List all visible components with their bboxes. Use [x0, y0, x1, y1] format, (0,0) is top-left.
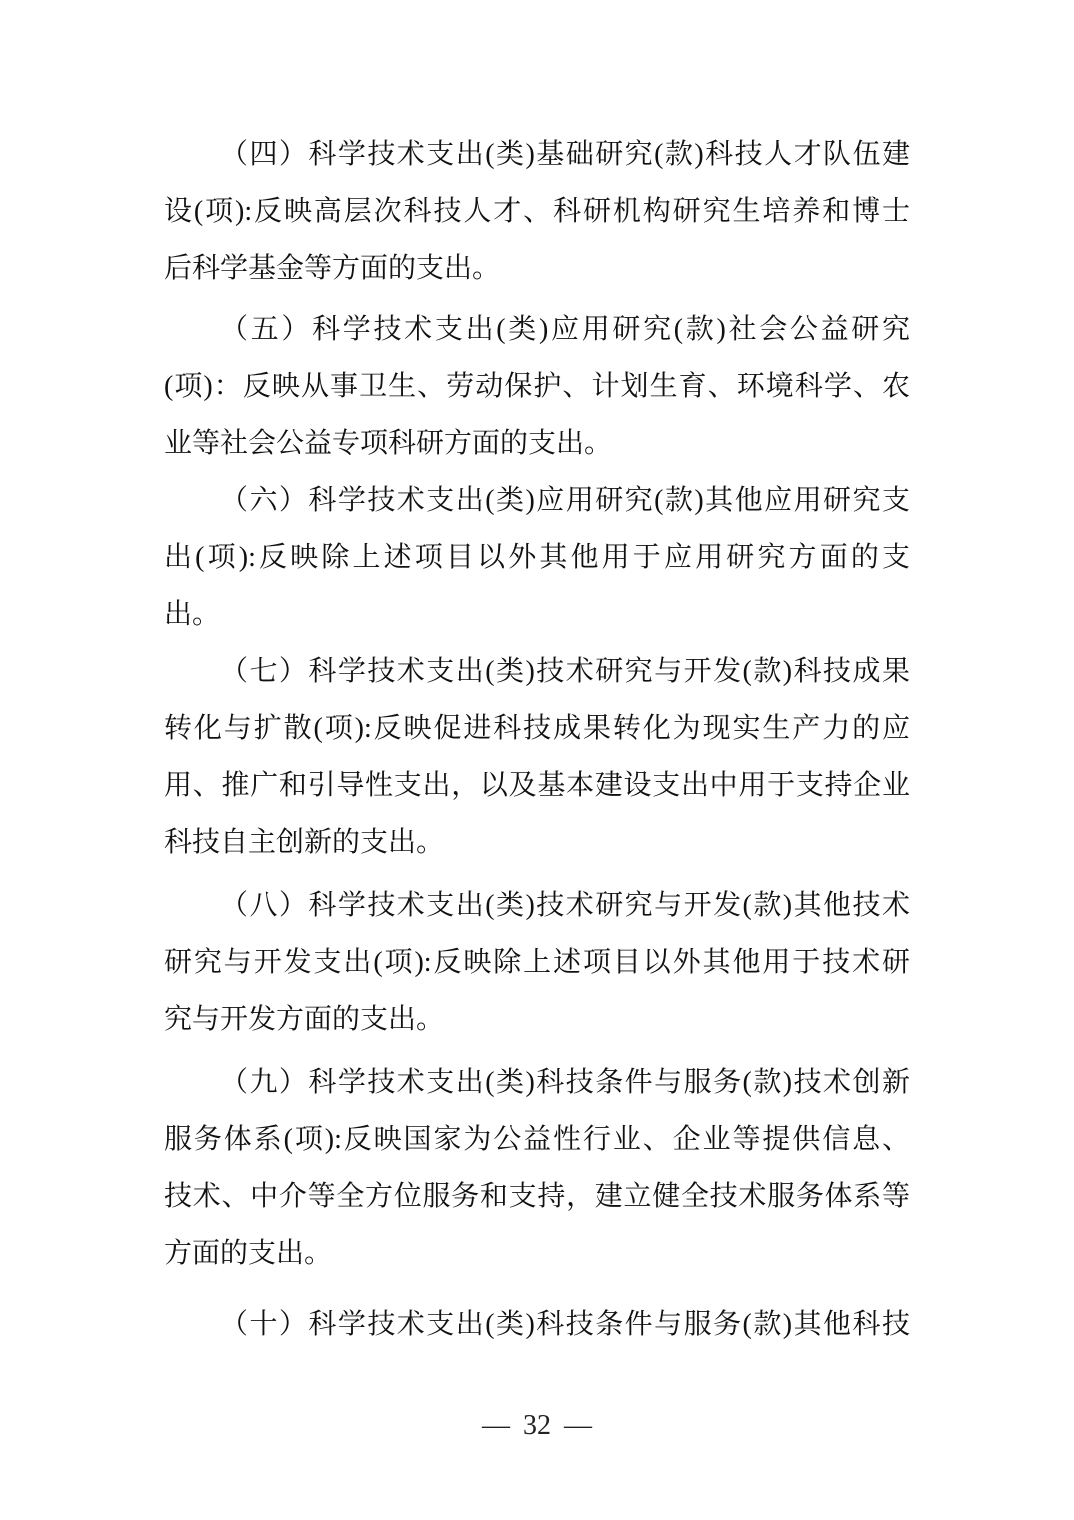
paragraph-line: 业等社会公益专项科研方面的支出。 — [164, 415, 910, 472]
paragraph: （九）科学技术支出(类)科技条件与服务(款)技术创新 服务体系(项):反映国家为… — [164, 1054, 910, 1282]
page-number: — 32 — — [0, 1406, 1074, 1446]
paragraph: （十）科学技术支出(类)科技条件与服务(款)其他科技 — [164, 1296, 910, 1353]
paragraph-line: （五）科学技术支出(类)应用研究(款)社会公益研究 — [164, 301, 910, 358]
paragraph-line: 后科学基金等方面的支出。 — [164, 240, 910, 297]
paragraph-line: 用、推广和引导性支出，以及基本建设支出中用于支持企业 — [164, 757, 910, 814]
paragraph-line: （六）科学技术支出(类)应用研究(款)其他应用研究支 — [164, 472, 910, 529]
paragraph: （八）科学技术支出(类)技术研究与开发(款)其他技术 研究与开发支出(项):反映… — [164, 877, 910, 1048]
paragraph: （四）科学技术支出(类)基础研究(款)科技人才队伍建 设(项):反映高层次科技人… — [164, 126, 910, 297]
text-block: （四）科学技术支出(类)基础研究(款)科技人才队伍建 设(项):反映高层次科技人… — [164, 126, 910, 1353]
paragraph-line: 方面的支出。 — [164, 1225, 910, 1282]
paragraph-line: （八）科学技术支出(类)技术研究与开发(款)其他技术 — [164, 877, 910, 934]
paragraph: （六）科学技术支出(类)应用研究(款)其他应用研究支 出(项):反映除上述项目以… — [164, 472, 910, 643]
paragraph-line: (项)：反映从事卫生、劳动保护、计划生育、环境科学、农 — [164, 358, 910, 415]
paragraph: （五）科学技术支出(类)应用研究(款)社会公益研究 (项)：反映从事卫生、劳动保… — [164, 301, 910, 472]
paragraph-line: 出。 — [164, 586, 910, 643]
paragraph-line: （四）科学技术支出(类)基础研究(款)科技人才队伍建 — [164, 126, 910, 183]
paragraph-line: 究与开发方面的支出。 — [164, 991, 910, 1048]
document-page: （四）科学技术支出(类)基础研究(款)科技人才队伍建 设(项):反映高层次科技人… — [0, 0, 1074, 1520]
paragraph-line: （九）科学技术支出(类)科技条件与服务(款)技术创新 — [164, 1054, 910, 1111]
paragraph-line: （七）科学技术支出(类)技术研究与开发(款)科技成果 — [164, 643, 910, 700]
paragraph-line: 技术、中介等全方位服务和支持，建立健全技术服务体系等 — [164, 1168, 910, 1225]
paragraph-line: 研究与开发支出(项):反映除上述项目以外其他用于技术研 — [164, 934, 910, 991]
paragraph-line: 服务体系(项):反映国家为公益性行业、企业等提供信息、 — [164, 1111, 910, 1168]
paragraph-line: 出(项):反映除上述项目以外其他用于应用研究方面的支 — [164, 529, 910, 586]
paragraph-line: 转化与扩散(项):反映促进科技成果转化为现实生产力的应 — [164, 700, 910, 757]
paragraph: （七）科学技术支出(类)技术研究与开发(款)科技成果 转化与扩散(项):反映促进… — [164, 643, 910, 871]
paragraph-line: 设(项):反映高层次科技人才、科研机构研究生培养和博士 — [164, 183, 910, 240]
paragraph-line: （十）科学技术支出(类)科技条件与服务(款)其他科技 — [164, 1296, 910, 1353]
paragraph-line: 科技自主创新的支出。 — [164, 814, 910, 871]
